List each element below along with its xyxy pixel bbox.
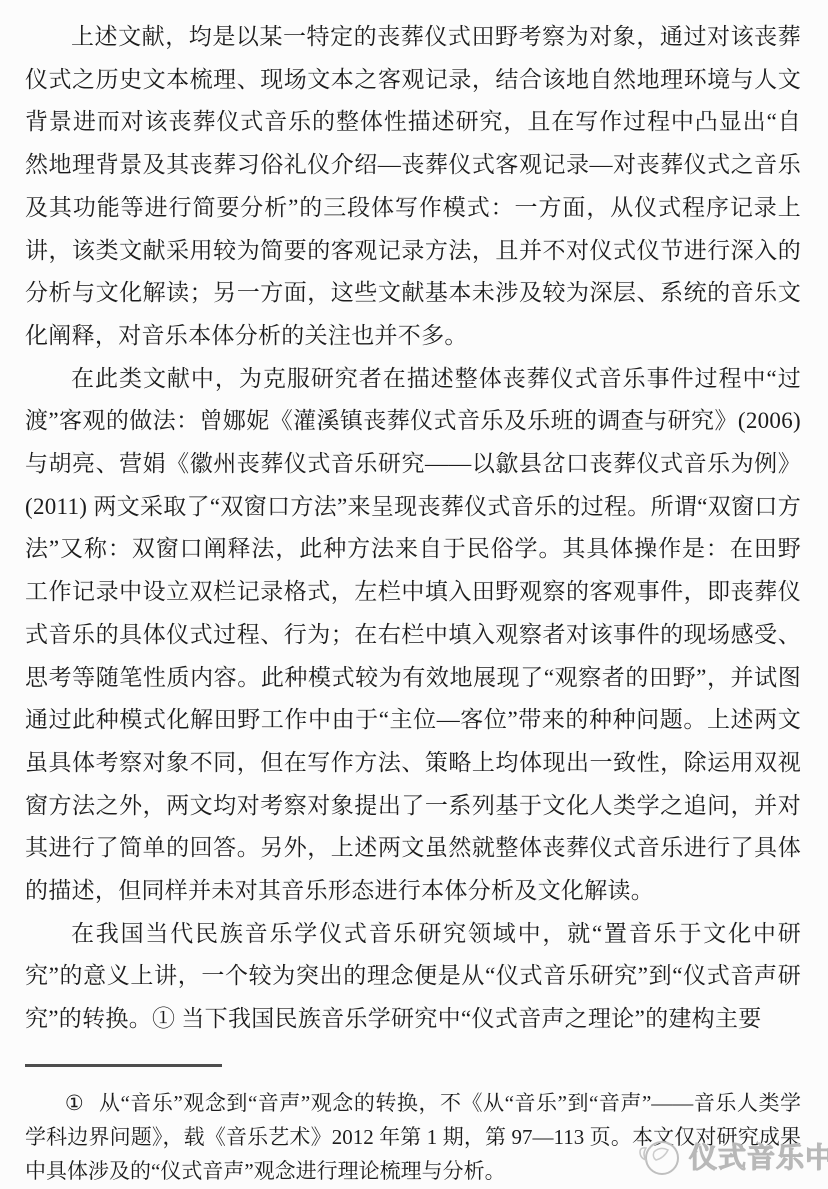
- footnote-divider: [25, 1064, 222, 1067]
- footnote-marker: ①: [65, 1091, 84, 1115]
- footnote-text: 从“音乐”观念到“音声”观念的转换，不《从“音乐”到“音声”——音乐人类学学科边…: [25, 1091, 801, 1183]
- paragraph-3: 在我国当代民族音乐学仪式音乐研究领域中，就“置音乐于文化中研究”的意义上讲，一个…: [25, 913, 801, 1041]
- footnote: ①从“音乐”观念到“音声”观念的转换，不《从“音乐”到“音声”——音乐人类学学科…: [25, 1086, 801, 1188]
- body-text: 上述文献，均是以某一特定的丧葬仪式田野考察为对象，通过对该丧葬仪式之历史文本梳理…: [25, 16, 801, 1041]
- footnote-entry: ①从“音乐”观念到“音声”观念的转换，不《从“音乐”到“音声”——音乐人类学学科…: [25, 1086, 801, 1188]
- paragraph-1: 上述文献，均是以某一特定的丧葬仪式田野考察为对象，通过对该丧葬仪式之历史文本梳理…: [25, 16, 801, 358]
- scanned-paper-page: 上述文献，均是以某一特定的丧葬仪式田野考察为对象，通过对该丧葬仪式之历史文本梳理…: [0, 0, 828, 1189]
- paragraph-2: 在此类文献中，为克服研究者在描述整体丧葬仪式音乐事件过程中“过渡”客观的做法：曾…: [25, 358, 801, 913]
